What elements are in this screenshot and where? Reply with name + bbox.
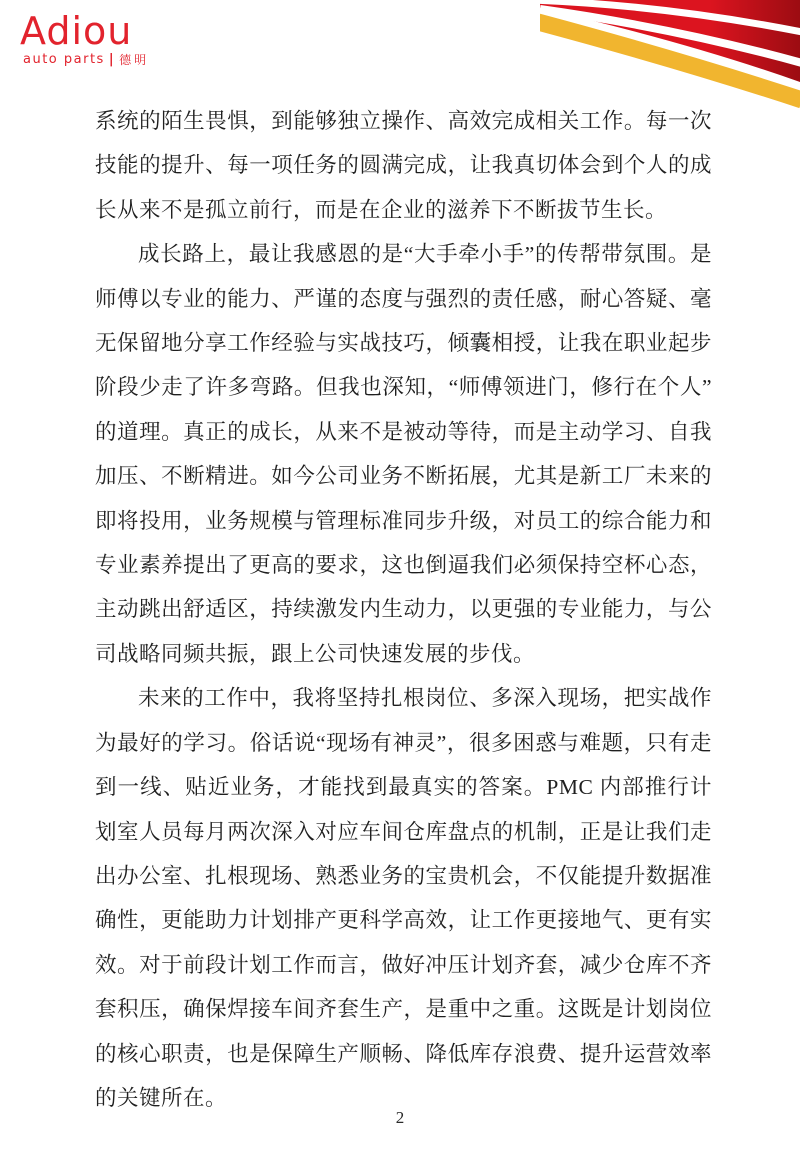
document-body: 系统的陌生畏惧，到能够独立操作、高效完成相关工作。每一次技能的提升、每一项任务的… — [95, 99, 712, 1120]
brand-tagline-en: auto parts — [23, 53, 105, 66]
paragraph-1: 系统的陌生畏惧，到能够独立操作、高效完成相关工作。每一次技能的提升、每一项任务的… — [95, 99, 712, 232]
paragraph-3: 未来的工作中，我将坚持扎根岗位、多深入现场，把实战作为最好的学习。俗话说“现场有… — [95, 676, 712, 1120]
document-page: Adiou auto parts | 德明 — [0, 0, 800, 1158]
paragraph-2: 成长路上，最让我感恩的是“大手牵小手”的传帮带氛围。是师傅以专业的能力、严谨的态… — [95, 232, 712, 676]
brand-tagline-separator: | — [109, 53, 115, 66]
page-footer: 2 — [0, 1108, 800, 1128]
page-number: 2 — [396, 1108, 405, 1127]
brand-tagline: auto parts | 德明 — [20, 53, 149, 66]
brand-tagline-cn: 德明 — [119, 54, 149, 66]
brand-wordmark: Adiou — [20, 12, 149, 50]
brand-logo: Adiou auto parts | 德明 — [20, 12, 149, 66]
